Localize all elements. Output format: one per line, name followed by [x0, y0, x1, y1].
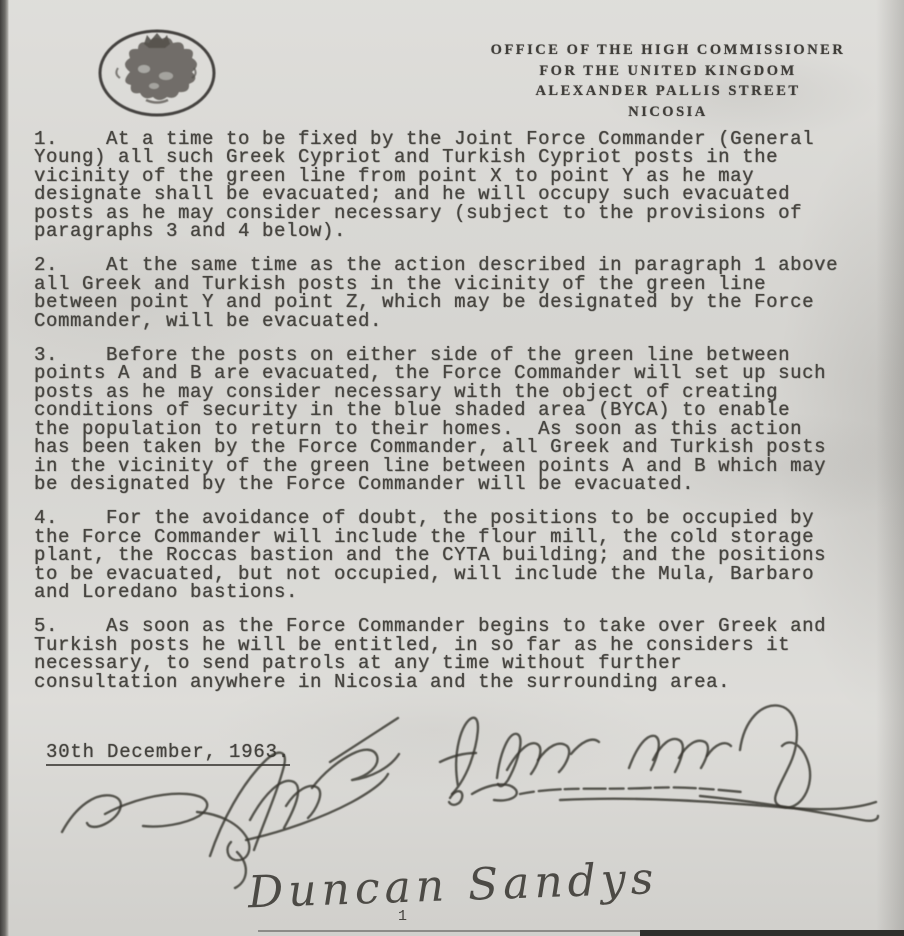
scan-right-edge-shadow: [876, 0, 904, 936]
scanned-document-page: OFFICE OF THE HIGH COMMISSIONER FOR THE …: [0, 0, 904, 936]
royal-coat-of-arms-icon: [94, 24, 220, 122]
paragraph-2: 2. At the same time as the action descri…: [34, 256, 880, 330]
signature-block: Duncan Sandys 1: [0, 690, 904, 936]
paragraph-1: 1. At a time to be fixed by the Joint Fo…: [34, 130, 880, 240]
date-line: 30th December, 1963.: [46, 741, 290, 766]
letterhead-city-line: NICOSIA: [450, 102, 886, 123]
signature-right-illegible: [440, 705, 878, 820]
signature-centre-illegible: [210, 718, 399, 856]
letterhead: OFFICE OF THE HIGH COMMISSIONER FOR THE …: [450, 40, 886, 122]
signature-left-illegible: [62, 794, 249, 888]
letterhead-office-line: OFFICE OF THE HIGH COMMISSIONER: [450, 40, 886, 61]
paragraph-5: 5. As soon as the Force Commander begins…: [34, 617, 880, 691]
paragraph-3: 3. Before the posts on either side of th…: [34, 346, 880, 493]
paragraph-4: 4. For the avoidance of doubt, the posit…: [34, 509, 880, 601]
duncan-sandys-name: Duncan Sandys: [246, 853, 659, 918]
scan-left-edge: [0, 0, 9, 936]
document-body: 1. At a time to be fixed by the Joint Fo…: [34, 130, 880, 707]
letterhead-street-line: ALEXANDER PALLIS STREET: [450, 81, 886, 102]
page-number: 1: [398, 908, 407, 925]
letterhead-country-line: FOR THE UNITED KINGDOM: [450, 61, 886, 82]
scan-bottom-bar: [640, 930, 904, 936]
signature-duncan-sandys: Duncan Sandys: [246, 853, 659, 918]
